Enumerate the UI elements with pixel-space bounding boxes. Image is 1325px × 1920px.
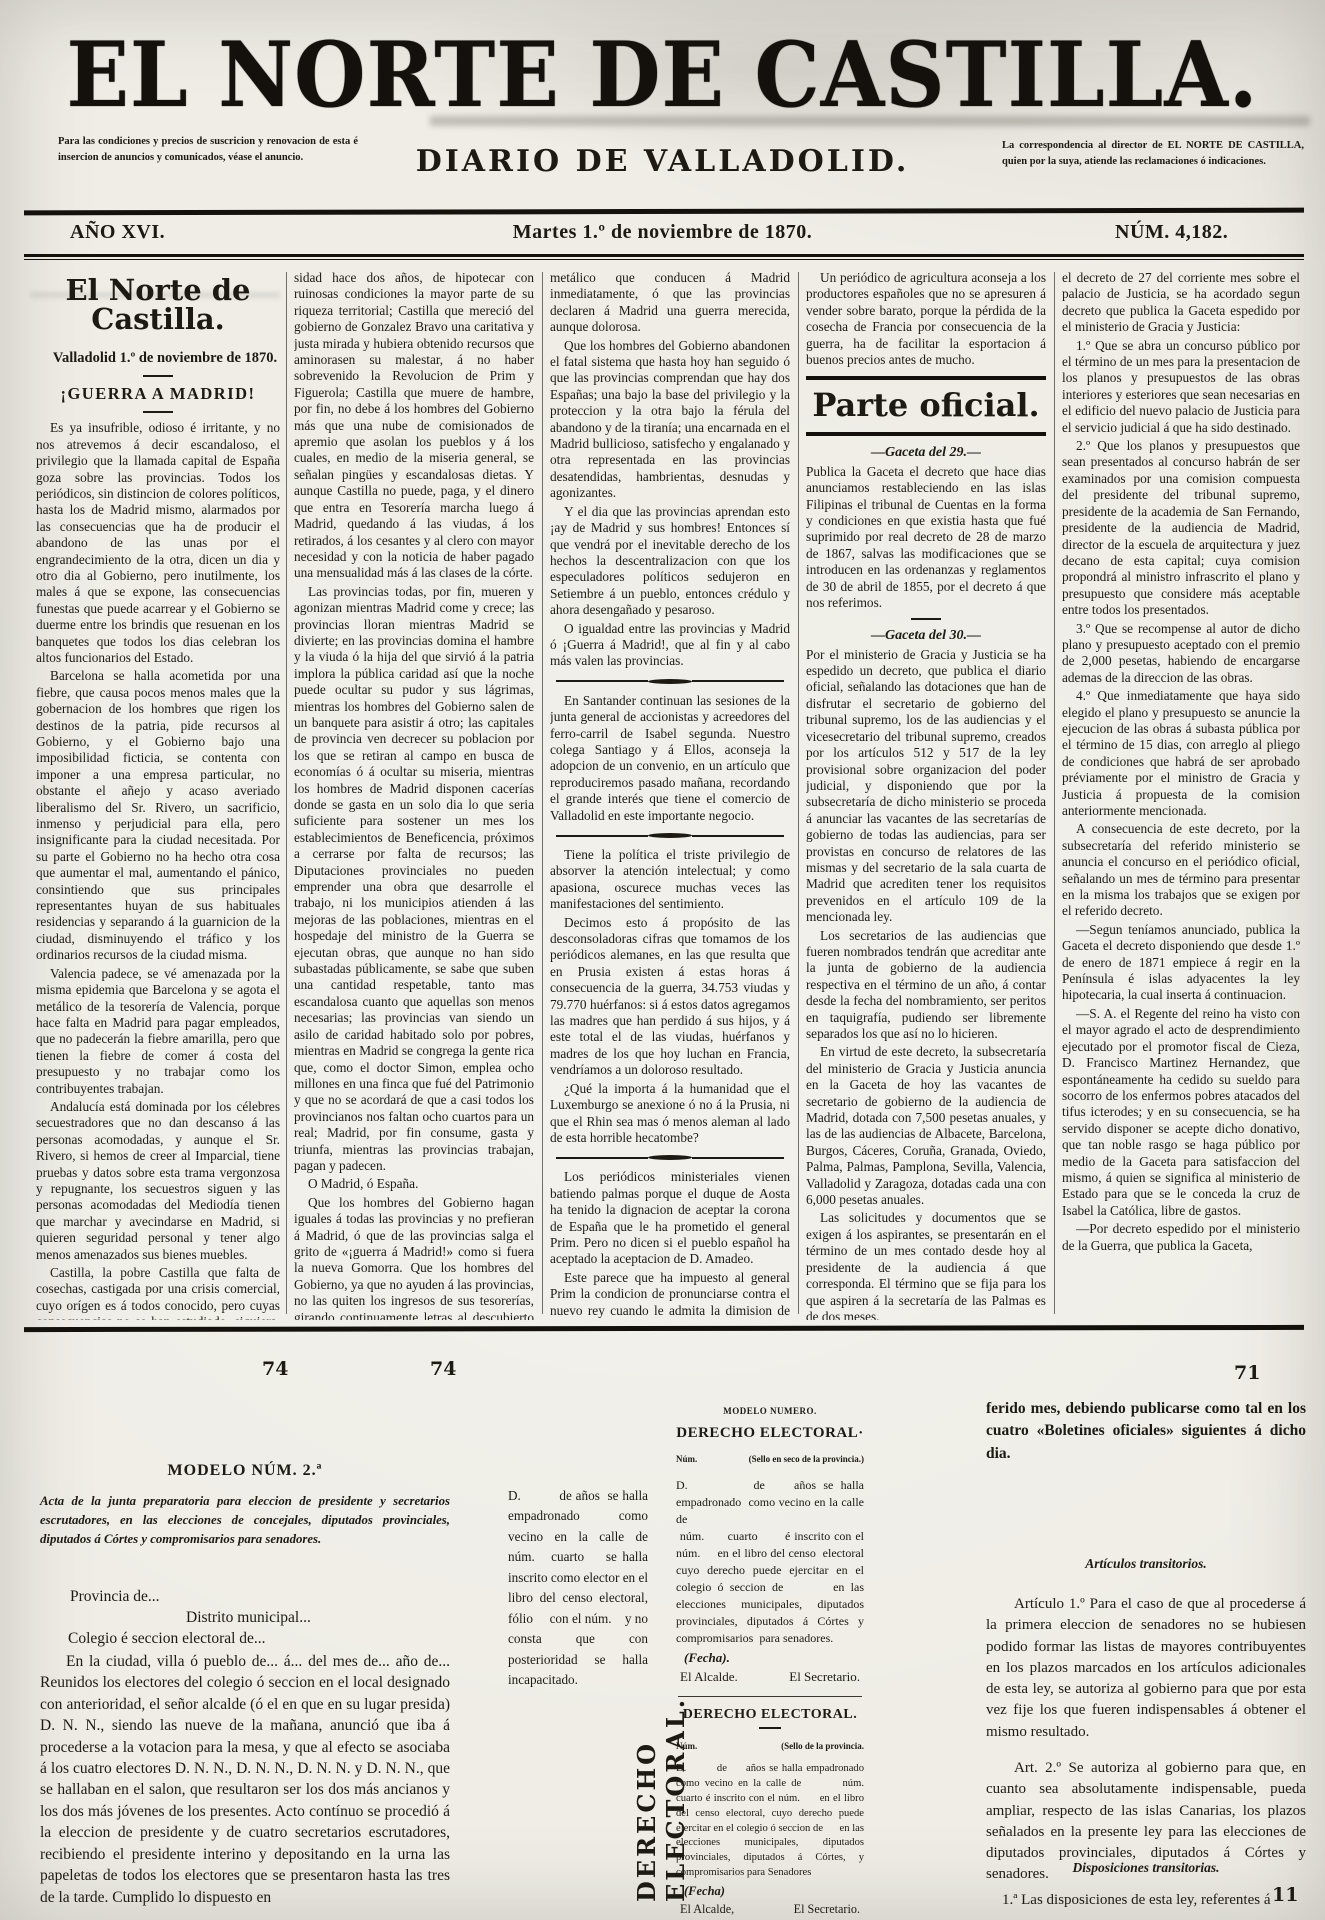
article-paragraph: Por el ministerio de Gracia y Justicia s…	[806, 647, 1046, 926]
elector-certificate-stub: D. de años se halla empadronado como vec…	[508, 1486, 648, 1691]
derecho-electoral-forms: MODELO NUMERO. DERECHO ELECTORAL· Núm. (…	[676, 1406, 864, 1917]
dateline-rule	[24, 254, 1304, 257]
modelo-numero-label: MODELO NUMERO.	[676, 1406, 864, 1416]
section-separator	[556, 833, 784, 838]
article-paragraph: 2.º Que los planos y presupuestos que se…	[1062, 438, 1300, 618]
column-3: metálico que conducen á Madrid inmediata…	[550, 270, 790, 1320]
article-paragraph: O igualdad entre las provincias y Madrid…	[550, 621, 790, 670]
article-paragraph: Las solicitudes y documentos que se exig…	[806, 1210, 1046, 1320]
dash-separator	[143, 375, 173, 377]
article-paragraph: 3.º Que se recompense al autor de dicho …	[1062, 621, 1300, 687]
article-paragraph: ¿Qué la importa á la humanidad que el Lu…	[550, 1081, 790, 1147]
article-paragraph: Decimos esto á propósito de las desconso…	[550, 915, 790, 1079]
distrito-line: Distrito municipal...	[40, 1607, 450, 1628]
article-paragraph: Valencia padece, se vé amenazada por la …	[36, 966, 280, 1097]
dash-separator	[759, 1727, 781, 1729]
form1-num-label: Núm.	[676, 1454, 697, 1464]
article-paragraph: sidad hace dos años, de hipotecar con ru…	[294, 270, 534, 582]
article-paragraph: 1.º Que se abra un concurso público por …	[1062, 338, 1300, 436]
section-rule	[24, 1325, 1304, 1332]
article-paragraph: —Segun teníamos anunciado, publica la Ga…	[1062, 922, 1300, 1004]
colegio-line: Colegio é seccion electoral de...	[40, 1628, 450, 1649]
article-paragraph: Los periódicos ministeriales vienen bati…	[550, 1169, 790, 1267]
editorial-dateline: Valladolid 1.º de noviembre de 1870.	[36, 350, 280, 368]
articulo-1-paragraph: Artículo 1.º Para el caso de que al proc…	[986, 1594, 1306, 1743]
form1-fecha: (Fecha).	[676, 1650, 864, 1666]
section-separator	[556, 1155, 784, 1160]
official-section-box: Parte oficial.	[806, 376, 1046, 436]
modelo-2-form-lines: Provincia de... Distrito municipal... Co…	[40, 1586, 450, 1650]
article-paragraph: —Por decreto espedido por el ministerio …	[1062, 1221, 1300, 1254]
article-paragraph: Castilla, la pobre Castilla que falta de…	[36, 1265, 280, 1320]
modelo-2-body: En la ciudad, villa ó pueblo de... á... …	[40, 1651, 450, 1908]
article-paragraph: Andalucía está dominada por los célebres…	[36, 1099, 280, 1263]
gaceta-30-heading: —Gaceta del 30.—	[806, 627, 1046, 644]
form2-seal-note: (Sello de la provincia.	[781, 1741, 864, 1751]
disposiciones-transitorias-heading: Disposiciones transitorias.	[986, 1860, 1306, 1876]
section-separator	[556, 679, 784, 684]
article-paragraph: Un periódico de agricultura aconseja a l…	[806, 270, 1046, 368]
modelo-2-intro: Acta de la junta preparatoria para elecc…	[40, 1492, 450, 1550]
article-paragraph: Es ya insufrible, odioso é irritante, y …	[36, 420, 280, 666]
article-paragraph: Que los hombres del Gobierno abandonen e…	[550, 338, 790, 502]
article-paragraph: Tiene la política el triste privilegio d…	[550, 847, 790, 913]
article-paragraph: Y el dia que las provincias aprendan est…	[550, 504, 790, 619]
secretario-signature: El Secretario.	[794, 1902, 860, 1917]
article-paragraph: el decreto de 27 del corriente mes sobre…	[1062, 270, 1300, 336]
column-4: Un periódico de agricultura aconseja a l…	[806, 270, 1046, 1320]
articulos-transitorios-heading: Artículos transitorios.	[986, 1556, 1306, 1572]
form2-title: DERECHO ELECTORAL.	[676, 1707, 864, 1723]
correspondence-notice: La correspondencia al director de EL NOR…	[1002, 138, 1304, 171]
disposicion-1-paragraph: 1.ª Las disposiciones de esta ley, refer…	[986, 1892, 1306, 1909]
column-1: El Norte de Castilla. Valladolid 1.º de …	[36, 270, 280, 1320]
article-paragraph: O Madrid, ó España.	[294, 1176, 534, 1192]
modelo-2-title: MODELO NÚM. 2.ª	[40, 1462, 450, 1480]
article-paragraph: metálico que conducen á Madrid inmediata…	[550, 270, 790, 336]
column-divider	[1054, 272, 1055, 1314]
article-paragraph: —S. A. el Regente del reino ha visto con…	[1062, 1006, 1300, 1219]
dash-separator	[911, 618, 941, 620]
form1-body: D. de años se halla empadronado como vec…	[676, 1477, 864, 1647]
article-paragraph: Los secretarios de las audiencias que fu…	[806, 928, 1046, 1043]
column-5: el decreto de 27 del corriente mes sobre…	[1062, 270, 1300, 1320]
editorial-masthead: El Norte de Castilla.	[36, 276, 280, 334]
law-continuation-paragraph: ferido mes, debiendo publicarse como tal…	[986, 1398, 1306, 1465]
column-2: sidad hace dos años, de hipotecar con ru…	[294, 270, 534, 1320]
column-divider	[286, 272, 287, 1314]
form1-title: DERECHO ELECTORAL·	[676, 1425, 864, 1442]
article-paragraph: En Santander continuan las sesiones de l…	[550, 693, 790, 824]
form1-seal-note: (Sello en seco de la provincia.)	[749, 1454, 864, 1464]
article-paragraph: A consecuencia de este decreto, por la s…	[1062, 821, 1300, 919]
article-paragraph: Barcelona se halla acometida por una fie…	[36, 668, 280, 963]
form1-num-line: Núm. (Sello en seco de la provincia.)	[676, 1454, 864, 1464]
form2-num-label: Núm.	[676, 1741, 697, 1751]
page-mark: 74	[430, 1358, 456, 1380]
form2-signatures: El Alcalde, El Secretario.	[676, 1902, 864, 1917]
issue-number: NÚM. 4,182.	[1115, 221, 1228, 244]
alcalde-signature: El Alcalde,	[680, 1902, 734, 1917]
page-mark: 71	[1234, 1362, 1260, 1384]
swell-ornament	[648, 1155, 692, 1160]
page-mark: 74	[262, 1358, 288, 1380]
newspaper-title: EL NORTE DE CASTILLA.	[0, 30, 1325, 120]
gaceta-29-heading: —Gaceta del 29.—	[806, 444, 1046, 461]
article-paragraph: Que los hombres del Gobierno hagan igual…	[294, 1195, 534, 1320]
official-section-title: Parte oficial.	[806, 389, 1046, 421]
secretario-signature: El Secretario.	[789, 1669, 860, 1685]
swell-ornament	[648, 833, 692, 838]
form2-num-line: Núm. (Sello de la provincia.	[676, 1741, 864, 1751]
masthead-rule	[24, 208, 1304, 216]
article-paragraph: En virtud de este decreto, la subsecreta…	[806, 1044, 1046, 1208]
alcalde-signature: El Alcalde.	[680, 1669, 738, 1685]
newspaper-page: EL NORTE DE CASTILLA. Para las condicion…	[0, 0, 1325, 1920]
article-headline: ¡GUERRA A MADRID!	[36, 384, 280, 404]
form-divider	[678, 1696, 862, 1697]
form1-signatures: El Alcalde. El Secretario.	[676, 1669, 864, 1685]
form2-body: D. de años se halla empadronado como vec…	[676, 1762, 864, 1881]
modelo-2-block: MODELO NÚM. 2.ª Acta de la junta prepara…	[40, 1462, 450, 1908]
vertical-derecho-electoral-label: DERECHO ELECTORAL.	[632, 1542, 676, 1902]
dash-separator	[143, 411, 173, 413]
swell-ornament	[648, 679, 692, 684]
column-divider	[798, 272, 799, 1314]
column-divider	[542, 272, 543, 1314]
article-paragraph: 4.º Que inmediatamente que haya sido ele…	[1062, 688, 1300, 819]
form2-fecha: (Fecha)	[676, 1884, 864, 1899]
article-paragraph: Publica la Gaceta el decreto que hace di…	[806, 464, 1046, 612]
article-paragraph: Este parece que ha impuesto al general P…	[550, 1270, 790, 1320]
article-paragraph: Las provincias todas, por fin, mueren y …	[294, 584, 534, 1175]
provincia-line: Provincia de...	[40, 1586, 450, 1607]
